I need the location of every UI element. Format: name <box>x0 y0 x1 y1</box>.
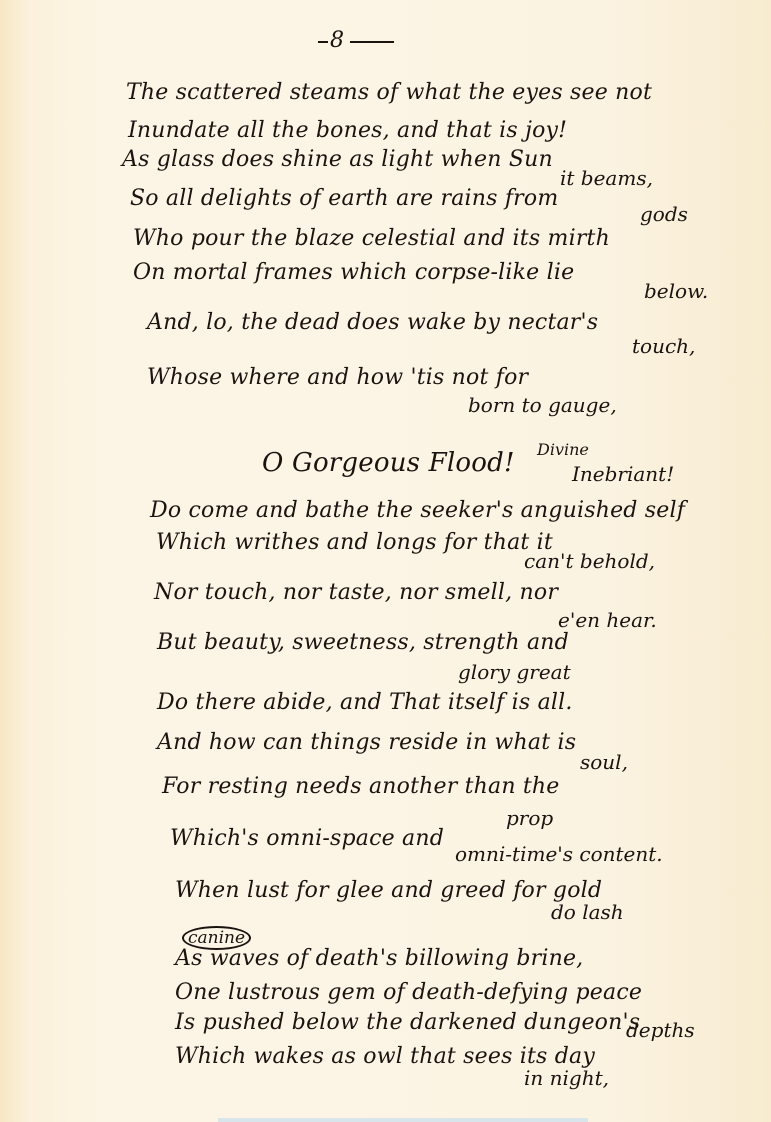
poem-line: Inundate all the bones, and that is joy! <box>128 118 567 143</box>
bottom-edge-strip <box>218 1118 588 1122</box>
poem-line-continuation: can't behold, <box>524 549 655 573</box>
poem-line: Do there abide, and That itself is all. <box>157 690 573 715</box>
poem-line-continuation: born to gauge, <box>468 393 617 417</box>
poem-line: Whose where and how 'tis not for <box>147 365 528 390</box>
poem-line: But beauty, sweetness, strength and <box>157 630 569 655</box>
poem-line: Who pour the blaze celestial and its mir… <box>133 226 610 251</box>
poem-line-continuation: it beams, <box>560 166 653 190</box>
stanza-heading-aside: Divine <box>537 440 589 459</box>
manuscript-page: 8 The scattered steams of what the eyes … <box>0 0 771 1122</box>
poem-line: On mortal frames which corpse-like lie <box>133 260 574 285</box>
poem-line-continuation: below. <box>644 279 708 303</box>
poem-line: And, lo, the dead does wake by nectar's <box>147 310 598 335</box>
page-number: 8 <box>330 28 344 53</box>
poem-line-continuation: depths <box>626 1018 695 1042</box>
poem-line-continuation: e'en hear. <box>558 608 657 632</box>
poem-line-continuation: omni-time's content. <box>455 842 663 866</box>
poem-line: One lustrous gem of death-defying peace <box>175 980 642 1005</box>
poem-line: As waves of death's billowing brine, <box>175 946 583 971</box>
poem-line: So all delights of earth are rains from <box>130 186 558 211</box>
poem-line-continuation: prop <box>506 806 553 830</box>
poem-line: And how can things reside in what is <box>157 730 576 755</box>
poem-line: Nor touch, nor taste, nor smell, nor <box>154 580 558 605</box>
page-number-dash <box>350 41 394 43</box>
stanza-heading-aside: Inebriant! <box>572 462 674 486</box>
poem-line: The scattered steams of what the eyes se… <box>126 80 652 105</box>
poem-line-continuation: soul, <box>580 750 628 774</box>
poem-line: For resting needs another than the <box>162 774 560 799</box>
poem-line: Which writhes and longs for that it <box>156 530 553 555</box>
poem-line: Which's omni-space and <box>170 826 444 851</box>
stanza-heading: O Gorgeous Flood! <box>262 448 515 478</box>
poem-line: When lust for glee and greed for gold <box>175 878 602 903</box>
page-number-dash <box>318 41 328 43</box>
poem-line-continuation: glory great <box>458 660 571 684</box>
poem-line: Do come and bathe the seeker's anguished… <box>150 498 685 523</box>
poem-line-continuation: touch, <box>632 334 695 358</box>
poem-line: As glass does shine as light when Sun <box>122 147 553 172</box>
poem-line: Is pushed below the darkened dungeon's <box>175 1010 640 1035</box>
poem-line-continuation: in night, <box>524 1066 609 1090</box>
poem-line-continuation: do lash <box>551 900 624 924</box>
poem-line-continuation: gods <box>640 202 688 226</box>
